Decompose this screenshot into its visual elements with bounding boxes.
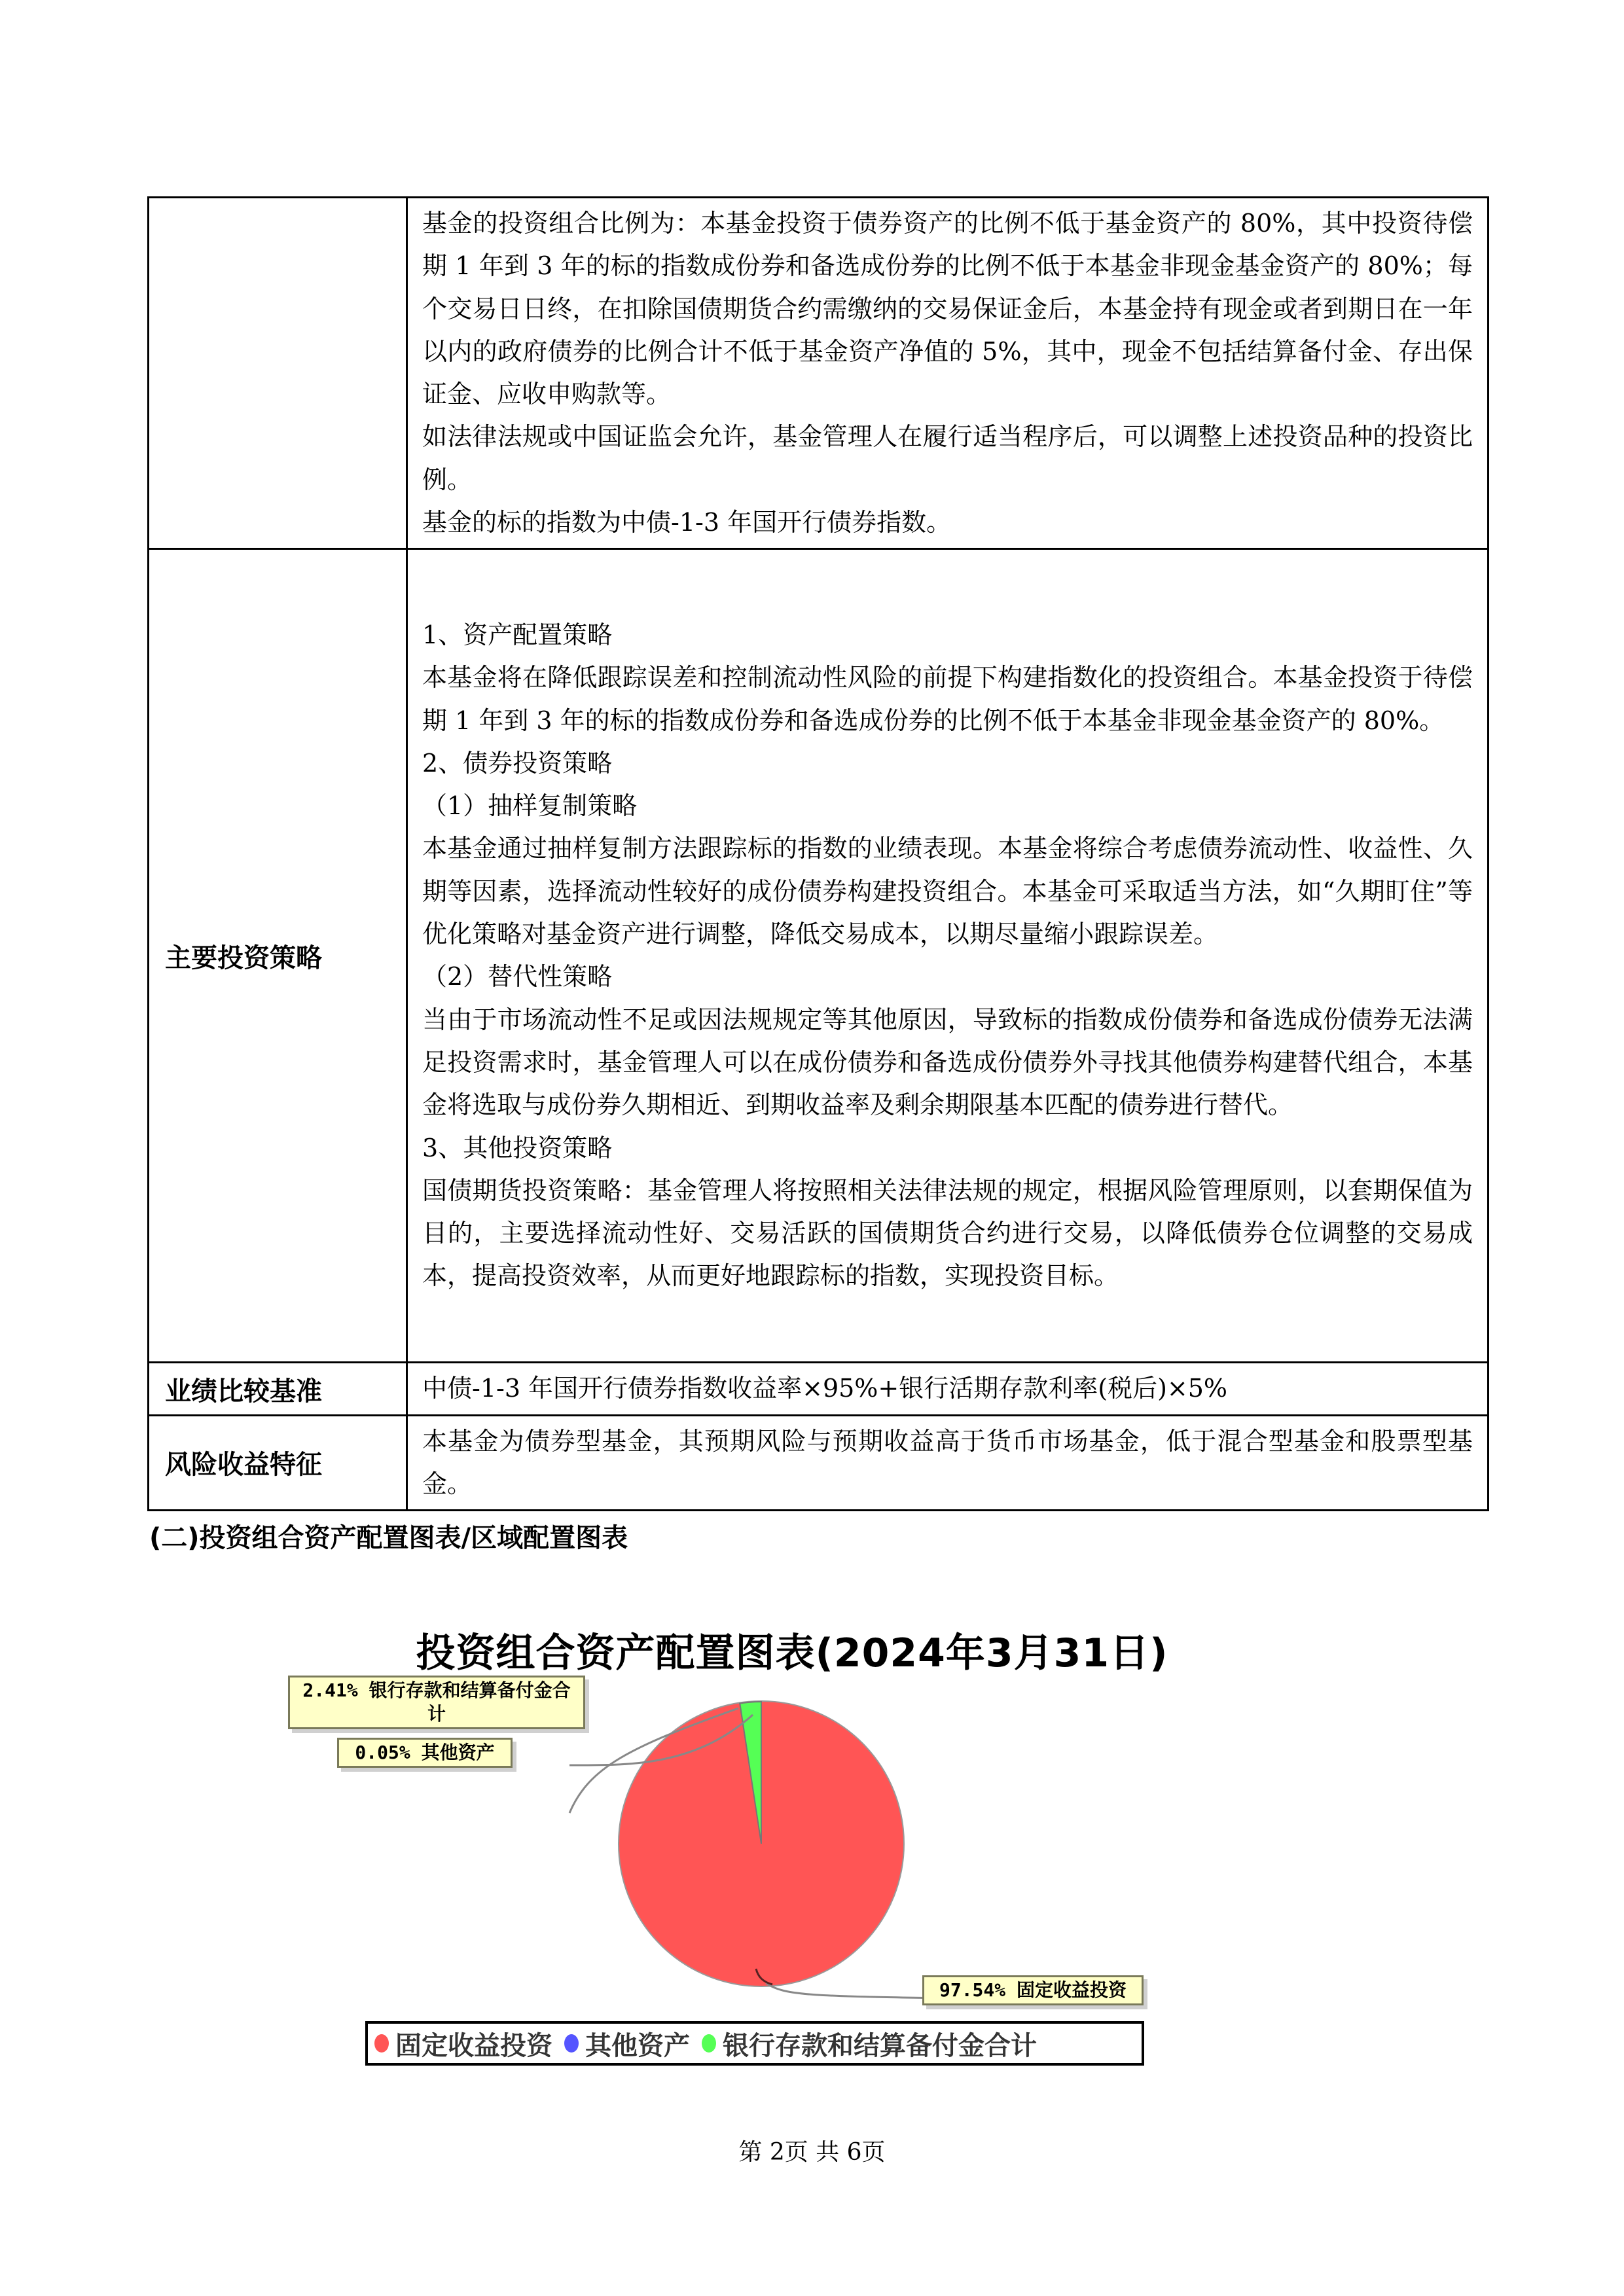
table-row: 基金的投资组合比例为：本基金投资于债券资产的比例不低于基金资产的 80%，其中投…	[149, 198, 1489, 549]
asset-allocation-pie-chart: 投资组合资产配置图表(2024年3月31日) 2.41% 银行存款和结算备付金合…	[353, 1610, 1218, 2108]
paragraph: 2、债券投资策略	[422, 742, 1473, 785]
blue-dot-icon	[564, 2034, 579, 2053]
legend-item-other-assets: 其他资产	[564, 2025, 690, 2062]
paragraph: （2）替代性策略	[422, 956, 1473, 998]
paragraph: 1、资产配置策略	[422, 614, 1473, 656]
legend-item-fixed-income: 固定收益投资	[374, 2025, 552, 2062]
paragraph: 如法律法规或中国证监会允许，基金管理人在履行适当程序后，可以调整上述投资品种的投…	[422, 416, 1473, 501]
paragraph: 基金的标的指数为中债-1-3 年国开行债券指数。	[422, 501, 1473, 544]
paragraph: （1）抽样复制策略	[422, 785, 1473, 827]
row-label: 风险收益特征	[149, 1415, 407, 1511]
callout-other-assets: 0.05% 其他资产	[337, 1738, 513, 1768]
legend-item-bank-deposits: 银行存款和结算备付金合计	[702, 2025, 1037, 2062]
document-page: 基金的投资组合比例为：本基金投资于债券资产的比例不低于基金资产的 80%，其中投…	[0, 0, 1624, 2296]
callout-bank-deposits: 2.41% 银行存款和结算备付金合计	[288, 1676, 585, 1729]
paragraph: 当由于市场流动性不足或因法规规定等其他原因，导致标的指数成份债券和备选成份债券无…	[422, 999, 1473, 1127]
chart-legend: 固定收益投资 其他资产 银行存款和结算备付金合计	[365, 2021, 1144, 2066]
page-number: 第 2页 共 6页	[0, 2134, 1624, 2167]
red-dot-icon	[374, 2034, 389, 2053]
row-content: 中债-1-3 年国开行债券指数收益率×95%+银行活期存款利率(税后)×5%	[407, 1363, 1489, 1415]
table-row: 业绩比较基准 中债-1-3 年国开行债券指数收益率×95%+银行活期存款利率(税…	[149, 1363, 1489, 1415]
table-row: 风险收益特征 本基金为债券型基金，其预期风险与预期收益高于货币市场基金，低于混合…	[149, 1415, 1489, 1511]
section-heading: (二)投资组合资产配置图表/区域配置图表	[149, 1517, 628, 1554]
fund-info-table: 基金的投资组合比例为：本基金投资于债券资产的比例不低于基金资产的 80%，其中投…	[147, 196, 1489, 1511]
table-row: 主要投资策略 1、资产配置策略 本基金将在降低跟踪误差和控制流动性风险的前提下构…	[149, 549, 1489, 1363]
row-content: 本基金为债券型基金，其预期风险与预期收益高于货币市场基金，低于混合型基金和股票型…	[407, 1415, 1489, 1511]
row-label: 主要投资策略	[149, 549, 407, 1363]
paragraph: 3、其他投资策略	[422, 1127, 1473, 1170]
row-label: 业绩比较基准	[149, 1363, 407, 1415]
paragraph: 中债-1-3 年国开行债券指数收益率×95%+银行活期存款利率(税后)×5%	[422, 1367, 1473, 1410]
row-content: 基金的投资组合比例为：本基金投资于债券资产的比例不低于基金资产的 80%，其中投…	[407, 198, 1489, 549]
row-content: 1、资产配置策略 本基金将在降低跟踪误差和控制流动性风险的前提下构建指数化的投资…	[407, 549, 1489, 1363]
paragraph: 本基金为债券型基金，其预期风险与预期收益高于货币市场基金，低于混合型基金和股票型…	[422, 1420, 1473, 1506]
paragraph: 本基金通过抽样复制方法跟踪标的指数的业绩表现。本基金将综合考虑债券流动性、收益性…	[422, 827, 1473, 956]
paragraph: 国债期货投资策略：基金管理人将按照相关法律法规的规定，根据风险管理原则，以套期保…	[422, 1170, 1473, 1298]
callout-fixed-income: 97.54% 固定收益投资	[922, 1975, 1144, 2005]
paragraph: 本基金将在降低跟踪误差和控制流动性风险的前提下构建指数化的投资组合。本基金投资于…	[422, 656, 1473, 742]
row-label	[149, 198, 407, 549]
green-dot-icon	[702, 2034, 716, 2053]
paragraph: 基金的投资组合比例为：本基金投资于债券资产的比例不低于基金资产的 80%，其中投…	[422, 202, 1473, 416]
